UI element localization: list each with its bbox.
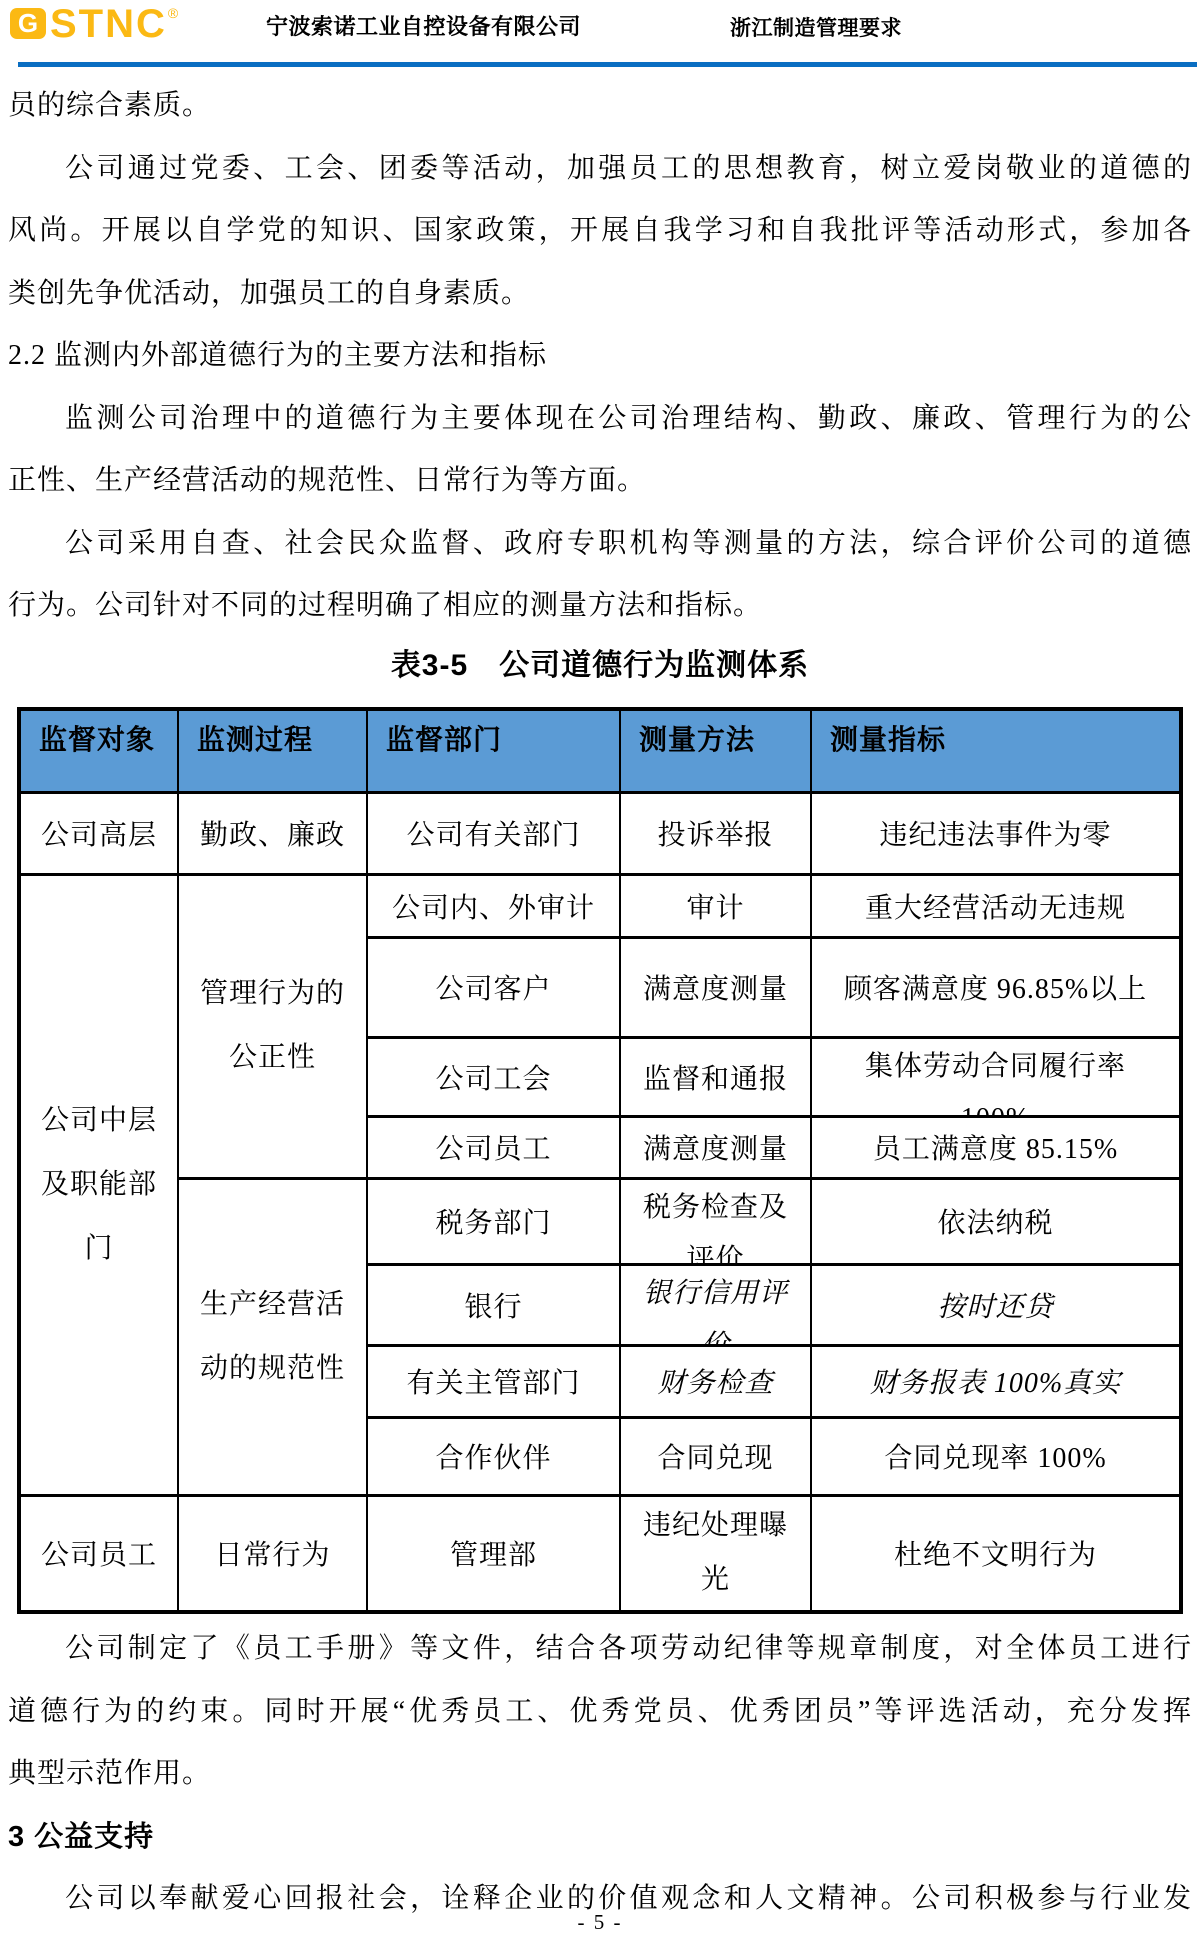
cell-indicator: 顾客满意度 96.85%以上 — [811, 937, 1181, 1037]
body-line: 公司通过党委、工会、团委等活动，加强员工的思想教育，树立爱岗敬业的道德的 — [8, 138, 1192, 201]
cell-dept: 税务部门 — [367, 1178, 620, 1264]
table-row: 公司员工 日常行为 管理部 违纪处理曝 光 杜绝不文明行为 — [19, 1495, 1181, 1612]
page-number: - 5 - — [0, 1910, 1200, 1935]
page-header: G STNC ® 宁波索诺工业自控设备有限公司 浙江制造管理要求 — [0, 0, 1200, 67]
cell-indicator: 违纪违法事件为零 — [811, 792, 1181, 874]
cell-dept: 公司内、外审计 — [367, 874, 620, 937]
cell-method: 财务检查 — [620, 1345, 811, 1417]
cell-method: 投诉举报 — [620, 792, 811, 874]
cell-dept: 公司客户 — [367, 937, 620, 1037]
page-body: 员的综合素质。 公司通过党委、工会、团委等活动，加强员工的思想教育，树立爱岗敬业… — [8, 67, 1192, 1931]
cell-indicator: 按时还贷 — [811, 1264, 1181, 1345]
cell-process-merged: 管理行为的 公正性 — [178, 874, 367, 1178]
cell-object: 公司高层 — [19, 792, 178, 874]
cell-method: 监督和通报 — [620, 1037, 811, 1116]
company-name: 宁波索诺工业自控设备有限公司 — [266, 10, 581, 41]
cell-dept: 公司员工 — [367, 1116, 620, 1178]
table-row: 公司中层 及职能部 门 管理行为的 公正性 公司内、外审计 审计 重大经营活动无… — [19, 874, 1181, 937]
cell-method: 满意度测量 — [620, 937, 811, 1037]
col-header-measure-method: 测量方法 — [620, 709, 811, 792]
document-page: G STNC ® 宁波索诺工业自控设备有限公司 浙江制造管理要求 员的综合素质。… — [0, 0, 1200, 1947]
cell-method: 违纪处理曝 光 — [620, 1495, 811, 1612]
body-line: 公司制定了《员工手册》等文件，结合各项劳动纪律等规章制度，对全体员工进行 — [8, 1618, 1192, 1681]
cell-indicator: 杜绝不文明行为 — [811, 1495, 1181, 1612]
cell-indicator: 员工满意度 85.15% — [811, 1116, 1181, 1178]
body-line: 典型示范作用。 — [8, 1743, 1192, 1806]
section-heading-2-2: 2.2 监测内外部道德行为的主要方法和指标 — [8, 325, 1192, 388]
cell-object: 公司员工 — [19, 1495, 178, 1612]
body-line: 公司采用自查、社会民众监督、政府专职机构等测量的方法，综合评价公司的道德 — [8, 513, 1192, 576]
registered-trademark-icon: ® — [168, 6, 178, 20]
cell-method: 审计 — [620, 874, 811, 937]
table-row: 生产经营活 动的规范性 税务部门 税务检查及 评价 依法纳税 — [19, 1178, 1181, 1264]
ethics-monitoring-table: 监督对象 监测过程 监督部门 测量方法 测量指标 公司高层 勤政、廉政 公司有关… — [17, 707, 1183, 1614]
table-row: 公司高层 勤政、廉政 公司有关部门 投诉举报 违纪违法事件为零 — [19, 792, 1181, 874]
cell-method: 合同兑现 — [620, 1417, 811, 1495]
body-line: 行为。公司针对不同的过程明确了相应的测量方法和指标。 — [8, 575, 1192, 638]
body-line: 员的综合素质。 — [8, 75, 1192, 138]
cell-dept: 银行 — [367, 1264, 620, 1345]
body-line: 风尚。开展以自学党的知识、国家政策，开展自我学习和自我批评等活动形式，参加各 — [8, 200, 1192, 263]
col-header-supervision-object: 监督对象 — [19, 709, 178, 792]
cell-indicator: 重大经营活动无违规 — [811, 874, 1181, 937]
body-line: 类创先争优活动，加强员工的自身素质。 — [8, 263, 1192, 326]
cell-indicator: 合同兑现率 100% — [811, 1417, 1181, 1495]
stnc-logo: G STNC ® — [10, 6, 178, 42]
cell-method: 满意度测量 — [620, 1116, 811, 1178]
col-header-supervision-dept: 监督部门 — [367, 709, 620, 792]
document-title: 浙江制造管理要求 — [730, 12, 902, 42]
body-line: 监测公司治理中的道德行为主要体现在公司治理结构、勤政、廉政、管理行为的公 — [8, 388, 1192, 451]
cell-dept: 合作伙伴 — [367, 1417, 620, 1495]
cell-dept: 管理部 — [367, 1495, 620, 1612]
cell-method: 税务检查及 评价 — [620, 1178, 811, 1264]
table-header-row: 监督对象 监测过程 监督部门 测量方法 测量指标 — [19, 709, 1181, 792]
col-header-monitoring-process: 监测过程 — [178, 709, 367, 792]
cell-dept: 公司工会 — [367, 1037, 620, 1116]
cell-object-merged: 公司中层 及职能部 门 — [19, 874, 178, 1495]
cell-process-merged: 生产经营活 动的规范性 — [178, 1178, 367, 1495]
clipped-text: 集体劳动合同履行率 100% — [812, 1041, 1179, 1115]
body-line: 正性、生产经营活动的规范性、日常行为等方面。 — [8, 450, 1192, 513]
cell-dept: 公司有关部门 — [367, 792, 620, 874]
cell-indicator: 依法纳税 — [811, 1178, 1181, 1264]
cell-process: 日常行为 — [178, 1495, 367, 1612]
cell-indicator: 集体劳动合同履行率 100% — [811, 1037, 1181, 1116]
cell-dept: 有关主管部门 — [367, 1345, 620, 1417]
table-caption: 表3-5 公司道德行为监测体系 — [8, 638, 1192, 701]
cell-process: 勤政、廉政 — [178, 792, 367, 874]
section-heading-3: 3 公益支持 — [8, 1806, 1192, 1869]
cell-indicator: 财务报表 100%真实 — [811, 1345, 1181, 1417]
col-header-measure-indicator: 测量指标 — [811, 709, 1181, 792]
stnc-logo-icon: G — [10, 8, 46, 39]
clipped-text: 银行信用评 价 — [621, 1268, 810, 1344]
body-line: 道德行为的约束。同时开展“优秀员工、优秀党员、优秀团员”等评选活动，充分发挥 — [8, 1681, 1192, 1744]
clipped-text: 税务检查及 评价 — [621, 1182, 810, 1263]
cell-method: 银行信用评 价 — [620, 1264, 811, 1345]
stnc-logo-text: STNC — [50, 6, 167, 42]
